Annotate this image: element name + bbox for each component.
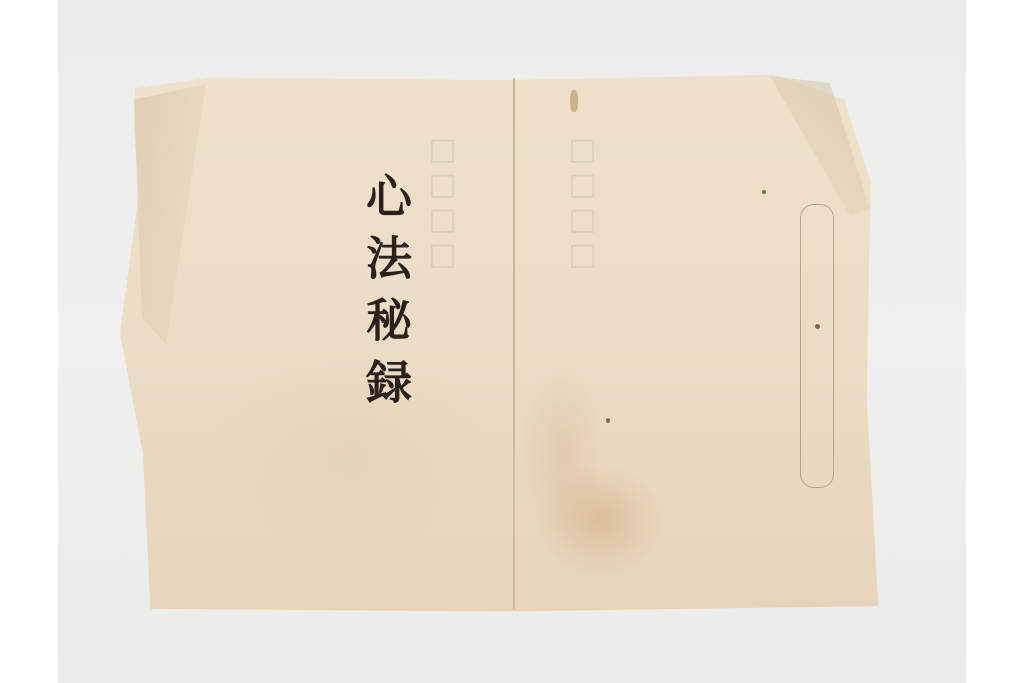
damage-spot <box>570 90 578 112</box>
binding-slot <box>800 204 834 488</box>
manuscript-booklet: □□□□ □□□□ 心法秘録 <box>120 72 882 617</box>
ink-spot <box>606 418 610 423</box>
bleed-through-text-right: □□□□ <box>560 132 604 272</box>
ink-spot <box>815 324 820 329</box>
manuscript-title: 心法秘録 <box>360 172 412 420</box>
ink-spot <box>762 190 766 194</box>
paper-cover <box>120 72 882 617</box>
bleed-through-text-left: □□□□ <box>420 132 464 272</box>
center-fold-line <box>513 78 515 609</box>
